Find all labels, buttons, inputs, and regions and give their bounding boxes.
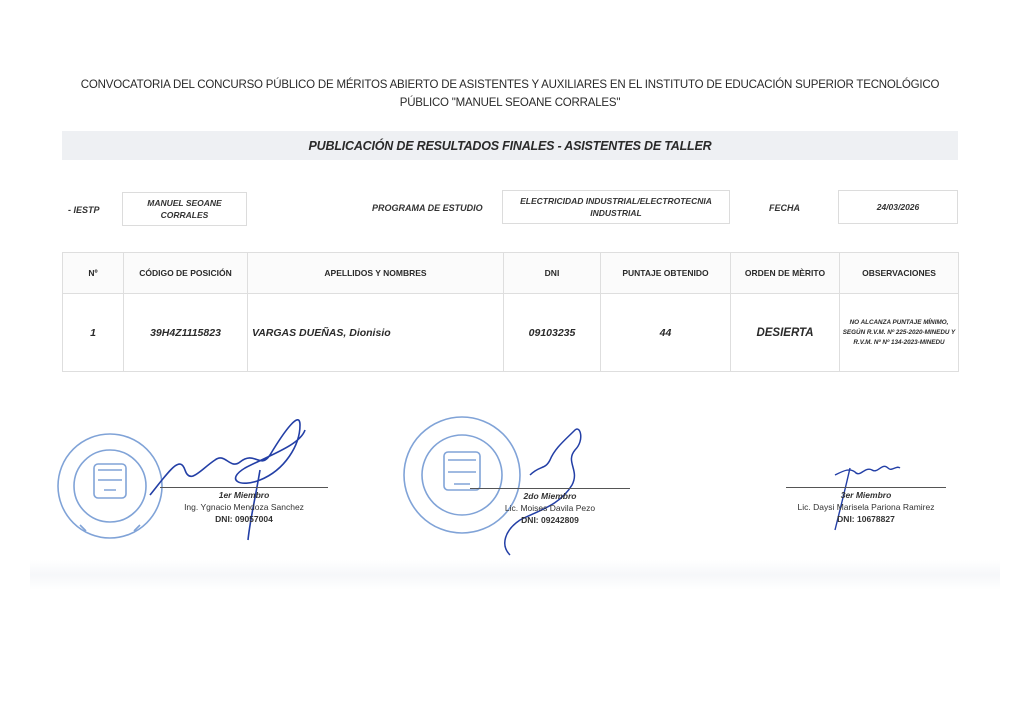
col-header-orden: ORDEN DE MÈRITO — [731, 253, 840, 294]
signature-1-name: Ing. Ygnacio Mendoza Sanchez — [160, 501, 328, 513]
programa-value-box: ELECTRICIDAD INDUSTRIAL/ELECTROTECNIA IN… — [502, 190, 730, 224]
signature-1-dni: DNI: 09057004 — [160, 513, 328, 525]
signature-block-2: 2do Miembro Lic. Moises Davila Pezo DNI:… — [470, 490, 630, 526]
col-header-observaciones: OBSERVACIONES — [840, 253, 959, 294]
signature-2-dni: DNI: 09242809 — [470, 514, 630, 526]
fecha-value: 24/03/2026 — [877, 201, 920, 213]
programa-label: PROGRAMA DE ESTUDIO — [372, 203, 483, 213]
title-line-1: CONVOCATORIA DEL CONCURSO PÚBLICO DE MÉR… — [60, 76, 960, 94]
results-table: Nº CÓDIGO DE POSICIÓN APELLIDOS Y NOMBRE… — [62, 252, 959, 372]
signature-block-3: 3er Miembro Lic. Daysi Marisela Pariona … — [776, 489, 956, 525]
signature-1-role: 1er Miembro — [160, 489, 328, 501]
signature-block-1: 1er Miembro Ing. Ygnacio Mendoza Sanchez… — [160, 489, 328, 525]
cell-codigo: 39H4Z1115823 — [124, 294, 248, 372]
signature-2-name: Lic. Moises Davila Pezo — [470, 502, 630, 514]
col-header-n: Nº — [63, 253, 124, 294]
signature-3-dni: DNI: 10678827 — [776, 513, 956, 525]
fecha-label: FECHA — [769, 203, 800, 213]
title-line-2: PÚBLICO "MANUEL SEOANE CORRALES" — [60, 94, 960, 112]
signature-line-3 — [786, 487, 946, 488]
table-header-row: Nº CÓDIGO DE POSICIÓN APELLIDOS Y NOMBRE… — [63, 253, 959, 294]
signature-line-1 — [160, 487, 328, 488]
results-banner: PUBLICACIÓN DE RESULTADOS FINALES - ASIS… — [62, 131, 958, 160]
iestp-label: - IESTP — [68, 205, 100, 215]
programa-value: ELECTRICIDAD INDUSTRIAL/ELECTROTECNIA IN… — [516, 195, 716, 219]
signature-2-role: 2do Miembro — [470, 490, 630, 502]
iestp-value: MANUEL SEOANE CORRALES — [140, 197, 230, 221]
cell-dni: 09103235 — [504, 294, 601, 372]
col-header-codigo: CÓDIGO DE POSICIÓN — [124, 253, 248, 294]
signature-3-name: Lic. Daysi Marisela Pariona Ramirez — [776, 501, 956, 513]
fecha-value-box: 24/03/2026 — [838, 190, 958, 224]
cell-observaciones: NO ALCANZA PUNTAJE MÍNIMO, SEGÚN R.V.M. … — [840, 294, 959, 372]
cell-puntaje: 44 — [601, 294, 731, 372]
iestp-value-box: MANUEL SEOANE CORRALES — [122, 192, 247, 226]
cell-nombre: VARGAS DUEÑAS, Dionisio — [248, 294, 504, 372]
signature-3-role: 3er Miembro — [776, 489, 956, 501]
table-row: 1 39H4Z1115823 VARGAS DUEÑAS, Dionisio 0… — [63, 294, 959, 372]
institution-stamp-icon — [58, 434, 162, 538]
document-title: CONVOCATORIA DEL CONCURSO PÚBLICO DE MÉR… — [60, 76, 960, 112]
col-header-dni: DNI — [504, 253, 601, 294]
cell-n: 1 — [63, 294, 124, 372]
col-header-puntaje: PUNTAJE OBTENIDO — [601, 253, 731, 294]
signature-line-2 — [470, 488, 630, 489]
cell-orden: DESIERTA — [731, 294, 840, 372]
col-header-nombres: APELLIDOS Y NOMBRES — [248, 253, 504, 294]
banner-title: PUBLICACIÓN DE RESULTADOS FINALES - ASIS… — [309, 139, 712, 153]
scan-shadow — [30, 560, 1000, 590]
